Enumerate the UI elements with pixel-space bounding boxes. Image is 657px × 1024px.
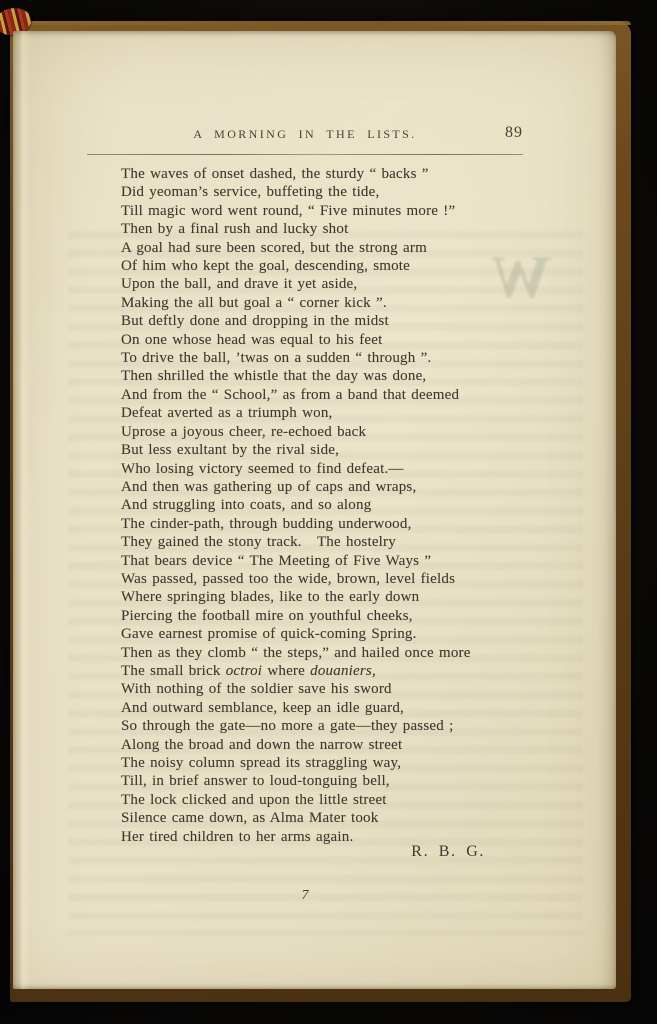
poem-line: Till magic word went round, “ Five minut… xyxy=(121,202,471,220)
poem-line: The noisy column spread its straggling w… xyxy=(121,754,471,772)
poem-line: And outward semblance, keep an idle guar… xyxy=(121,699,471,717)
poem-line: Then by a final rush and lucky shot xyxy=(121,220,471,238)
poem-line: Along the broad and down the narrow stre… xyxy=(121,736,471,754)
poem-line: Where springing blades, like to the earl… xyxy=(121,588,471,606)
poem-line: Upon the ball, and drave it yet aside, xyxy=(121,275,471,293)
poem-line: Defeat averted as a triumph won, xyxy=(121,404,471,422)
poem-line: That bears device “ The Meeting of Five … xyxy=(121,552,471,570)
gathering-signature-mark: 7 xyxy=(87,888,523,904)
page-number: 89 xyxy=(505,124,523,142)
author-initials: R. B. G. xyxy=(411,843,485,861)
poem-line: And from the “ School,” as from a band t… xyxy=(121,386,471,404)
poem-line: Piercing the football mire on youthful c… xyxy=(121,607,471,625)
poem-line: The waves of onset dashed, the sturdy “ … xyxy=(121,165,471,183)
poem-line: And struggling into coats, and so along xyxy=(121,496,471,514)
poem-line: To drive the ball, ’twas on a sudden “ t… xyxy=(121,349,471,367)
poem-line: But less exultant by the rival side, xyxy=(121,441,471,459)
poem-line: Making the all but goal a “ corner kick … xyxy=(121,294,471,312)
poem-line: So through the gate—no more a gate—they … xyxy=(121,717,471,735)
running-head-title: A MORNING IN THE LISTS. xyxy=(87,127,523,142)
header-rule xyxy=(87,154,523,155)
page-gutter-crease xyxy=(13,31,31,989)
poem-line: Till, in brief answer to loud-tonguing b… xyxy=(121,772,471,790)
poem-line: Silence came down, as Alma Mater took xyxy=(121,809,471,827)
poem-line: On one whose head was equal to his feet xyxy=(121,331,471,349)
poem-line: The small brick octroi where douaniers, xyxy=(121,662,471,680)
book-page: W A MORNING IN THE LISTS. 89 The waves o… xyxy=(13,31,616,989)
poem-line: Of him who kept the goal, descending, sm… xyxy=(121,257,471,275)
printed-text-block: A MORNING IN THE LISTS. 89 The waves of … xyxy=(87,31,523,989)
poem-line: Who losing victory seemed to find defeat… xyxy=(121,460,471,478)
poem-line: Then as they clomb “ the steps,” and hai… xyxy=(121,644,471,662)
poem-line: And then was gathering up of caps and wr… xyxy=(121,478,471,496)
poem: The waves of onset dashed, the sturdy “ … xyxy=(121,165,471,846)
poem-line: Uprose a joyous cheer, re-echoed back xyxy=(121,423,471,441)
poem-line: A goal had sure been scored, but the str… xyxy=(121,239,471,257)
poem-line: With nothing of the soldier save his swo… xyxy=(121,680,471,698)
poem-line: Gave earnest promise of quick-coming Spr… xyxy=(121,625,471,643)
poem-line: The lock clicked and upon the little str… xyxy=(121,791,471,809)
poem-line: The cinder-path, through budding underwo… xyxy=(121,515,471,533)
photograph-background: W A MORNING IN THE LISTS. 89 The waves o… xyxy=(0,0,657,1024)
poem-line: Did yeoman’s service, buffeting the tide… xyxy=(121,183,471,201)
poem-line: They gained the stony track. The hostelr… xyxy=(121,533,471,551)
poem-line: But deftly done and dropping in the mids… xyxy=(121,312,471,330)
poem-line: Was passed, passed too the wide, brown, … xyxy=(121,570,471,588)
poem-line: Then shrilled the whistle that the day w… xyxy=(121,367,471,385)
